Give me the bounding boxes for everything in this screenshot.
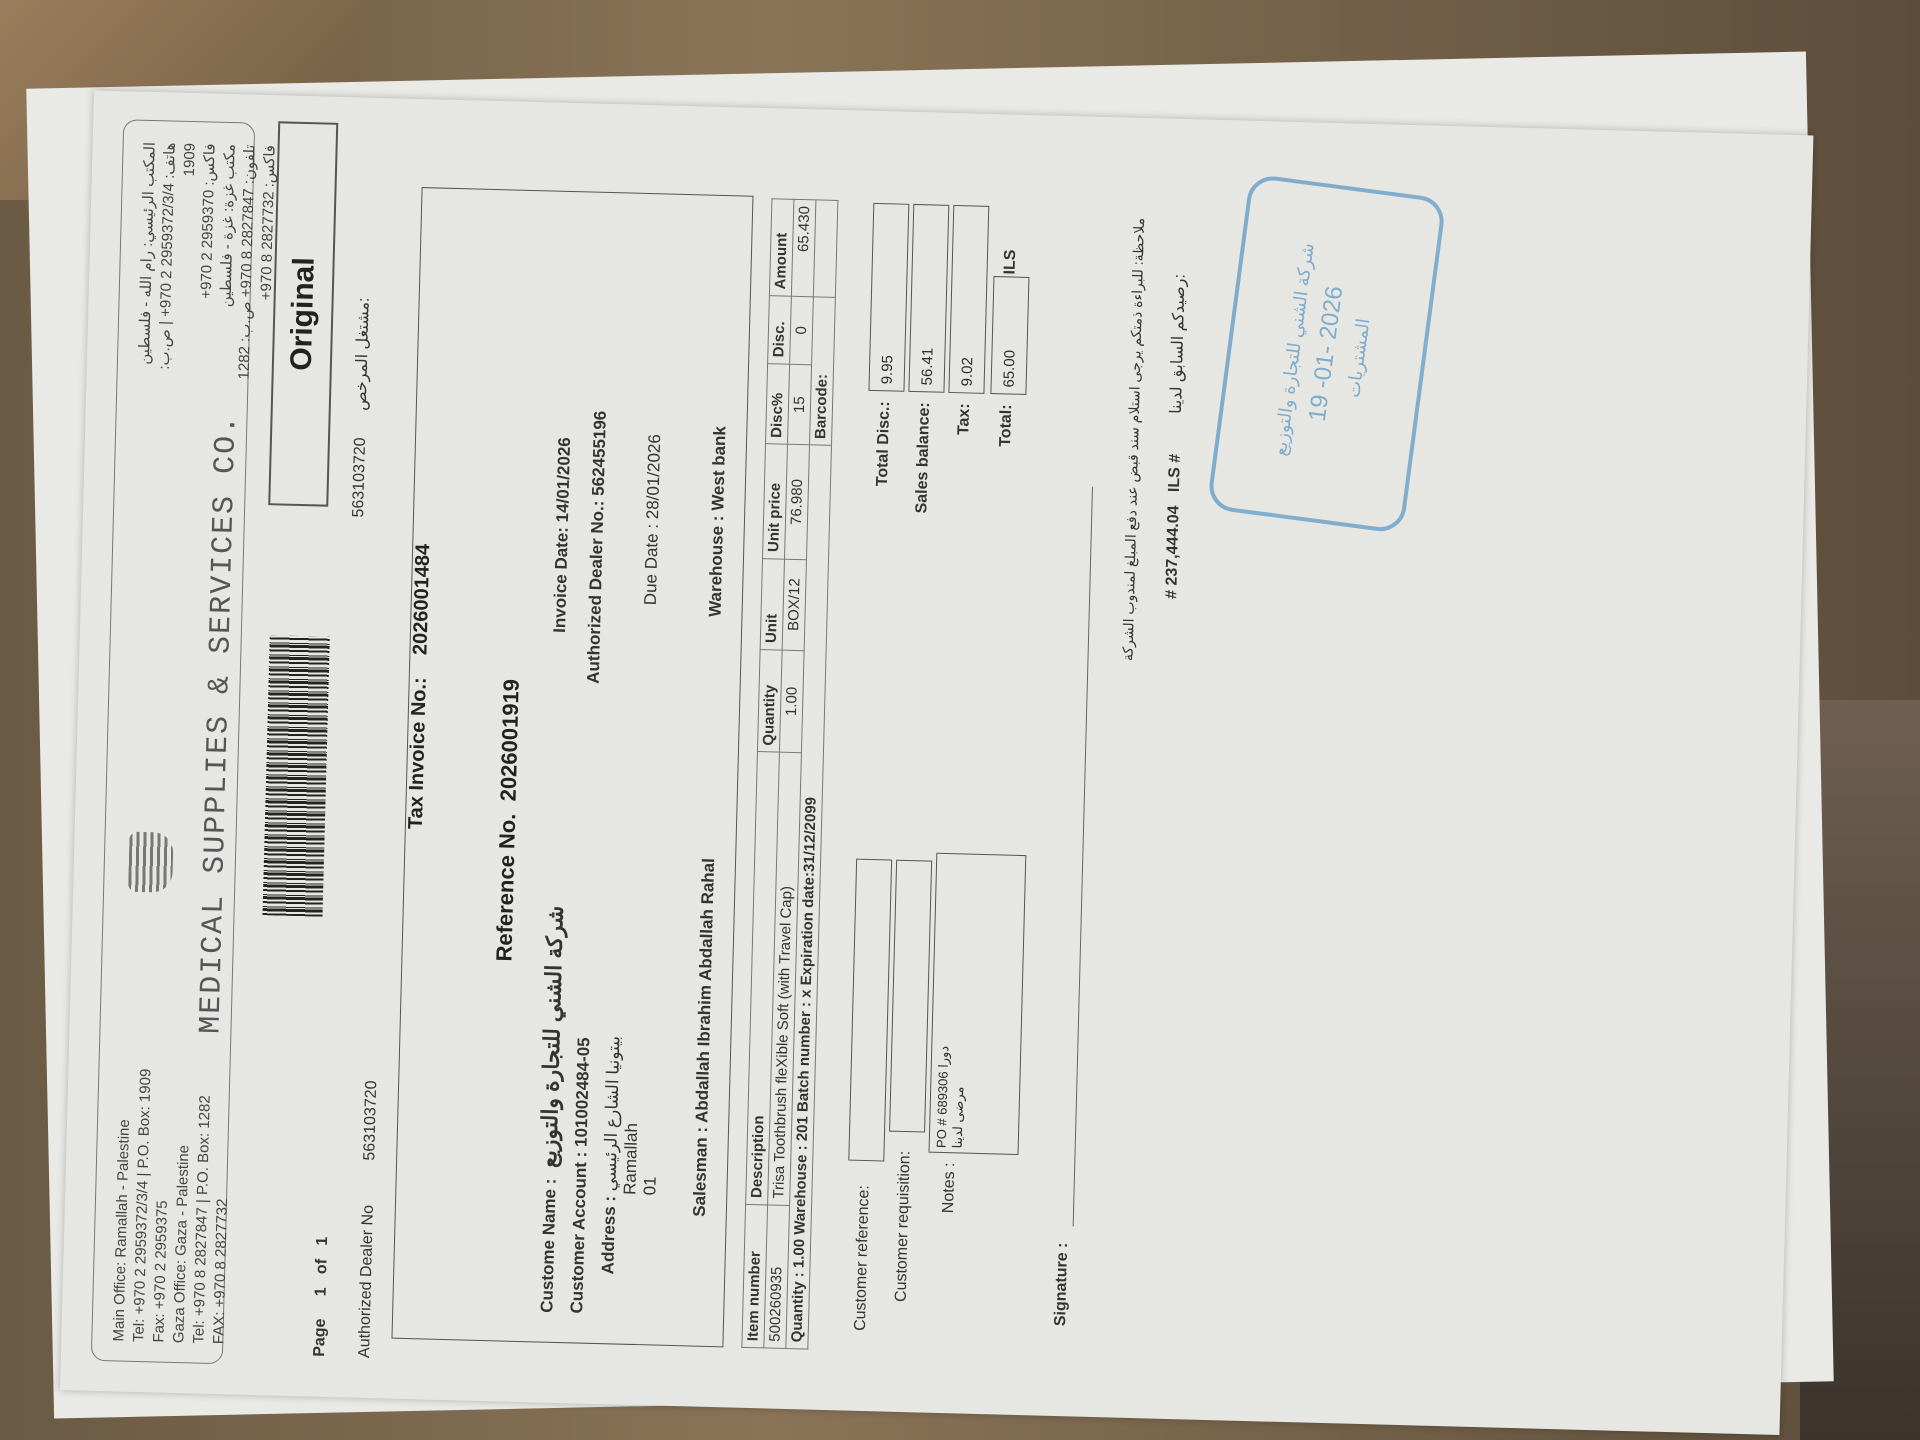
address-line-2: Ramallah (620, 1036, 644, 1195)
items-table: Item number Description Quantity Unit Un… (741, 198, 838, 1349)
payment-note: ملاحظة: للبراءة ذمتكم يرجى استلام سند قب… (1112, 218, 1148, 958)
company-logo (128, 832, 174, 893)
authorized-dealer-value: 563103720 (361, 1080, 380, 1161)
previous-balance-currency: ILS # (1166, 454, 1184, 493)
previous-balance-value: # 237,444.04 (1163, 505, 1182, 599)
customer-name-label: Custome Name : (537, 1178, 560, 1313)
main-office-ar-tel: هاتف: 2959372/3/4 2 970+ | ص.ب: 1909 (154, 142, 201, 403)
copy-label-box: Original (268, 121, 338, 506)
cell-disc-percent: 15 (787, 364, 811, 445)
copy-label: Original (285, 257, 322, 371)
notes-label: Notes : (940, 1162, 959, 1213)
previous-balance-label: رصيدكم السابق لدينا: (1168, 274, 1189, 414)
sales-balance-value: 56.41 (918, 348, 936, 386)
signature-label: Signature : (1052, 1242, 1072, 1326)
cell-disc: 0 (790, 296, 814, 364)
sales-balance-field: 56.41 (908, 204, 949, 393)
sales-balance-label: Sales balance: (912, 402, 934, 572)
tax-field: 9.02 (948, 205, 989, 394)
total-field: 65.00 (990, 276, 1029, 395)
received-stamp: شركة الشني للتجارة والتوزيع 19 -01- 2026… (1206, 173, 1446, 534)
customer-account: 101002484-05 (572, 1037, 594, 1147)
total-disc-label: Total Disc.: (872, 401, 894, 571)
invoice-date: 14/01/2026 (553, 437, 574, 523)
customer-account-label: Customer Account : (567, 1151, 590, 1313)
col-unit: Unit (760, 558, 784, 650)
col-disc: Disc. (768, 296, 792, 364)
due-date: 28/01/2026 (643, 434, 664, 520)
warehouse-label: Warehouse : (705, 515, 727, 617)
col-disc-percent: Disc% (766, 363, 790, 444)
tax-value: 9.02 (958, 357, 976, 387)
signature-line (1073, 487, 1093, 1227)
authorized-dealer-label: Authorized Dealer No (356, 1205, 377, 1358)
total-currency: ILS (1002, 249, 1021, 274)
barcode-label: Barcode: (809, 297, 835, 446)
customer-reference-label: Customer reference: (852, 1185, 874, 1331)
licensed-number-label: مشتغل المرخص: (353, 297, 373, 411)
dealer-no: 562455196 (589, 410, 610, 496)
invoice-page: Main Office: Ramallah - Palestine Tel: +… (60, 90, 1813, 1435)
page-of: of (313, 1259, 330, 1275)
reference-label: Reference No. (491, 813, 520, 962)
total-value: 65.00 (1000, 350, 1018, 388)
cell-unit-price: 76.980 (785, 445, 810, 560)
licensed-number: 563103720 (350, 437, 369, 518)
gaza-office-block: Gaza Office: Gaza - Palestine Tel: +970 … (169, 1095, 235, 1345)
reference-number: 2026001919 (496, 679, 524, 802)
licensed-number-row: 563103720 مشتغل المرخص: (348, 297, 374, 518)
total-disc-field: 9.95 (868, 203, 909, 392)
dealer-no-label: Authorized Dealer No.: (584, 500, 608, 684)
customer-reference-field (848, 859, 892, 1162)
cell-amount: 65.430 (791, 199, 816, 296)
main-office-block: Main Office: Ramallah - Palestine Tel: +… (109, 1068, 176, 1343)
customer-requisition-field (889, 860, 932, 1133)
page-label: Page (311, 1318, 329, 1357)
cell-quantity: 1.00 (779, 650, 804, 753)
authorized-dealer-row: Authorized Dealer No 563103720 (356, 1080, 381, 1358)
invoice-date-label: Invoice Date: (550, 527, 572, 633)
address-label: Address : (598, 1196, 619, 1275)
page-current: 1 (313, 1287, 330, 1296)
cell-unit: BOX/12 (782, 559, 806, 651)
invoice-document: Main Office: Ramallah - Palestine Tel: +… (60, 90, 1813, 1435)
stamp-dept: المشتريات (1343, 317, 1374, 399)
col-amount: Amount (769, 199, 794, 296)
notes-field: PO # 689306 دورا مرضى لدينا (929, 853, 1027, 1155)
customer-requisition-label: Customer requisition: (893, 1151, 915, 1303)
col-unit-price: Unit price (763, 444, 788, 559)
barcode-value (813, 200, 838, 297)
invoice-barcode (262, 635, 329, 916)
total-disc-value: 9.95 (878, 355, 896, 385)
page-total: 1 (314, 1237, 331, 1246)
warehouse-value: West bank (708, 426, 729, 511)
due-date-label: Due Date : (641, 524, 662, 606)
stamp-company: شركة الشني للتجارة والتوزيع (1270, 242, 1319, 457)
page-indicator: Page 1 of 1 (311, 1237, 332, 1358)
previous-balance-row: # 237,444.04 ILS # رصيدكم السابق لدينا: (1161, 274, 1189, 599)
salesman-label: Salesman : (690, 1127, 711, 1217)
total-label: Total: (994, 404, 1016, 574)
address-block: Address : بيتونيا الشارع الرئيسي Ramalla… (598, 1036, 664, 1276)
col-quantity: Quantity (757, 649, 782, 752)
address-line-3: 01 (640, 1037, 664, 1196)
tax-label: Tax: (952, 403, 974, 573)
arabic-office-block: المكتب الرئيسي: رام الله - فلسطين هاتف: … (134, 142, 281, 406)
